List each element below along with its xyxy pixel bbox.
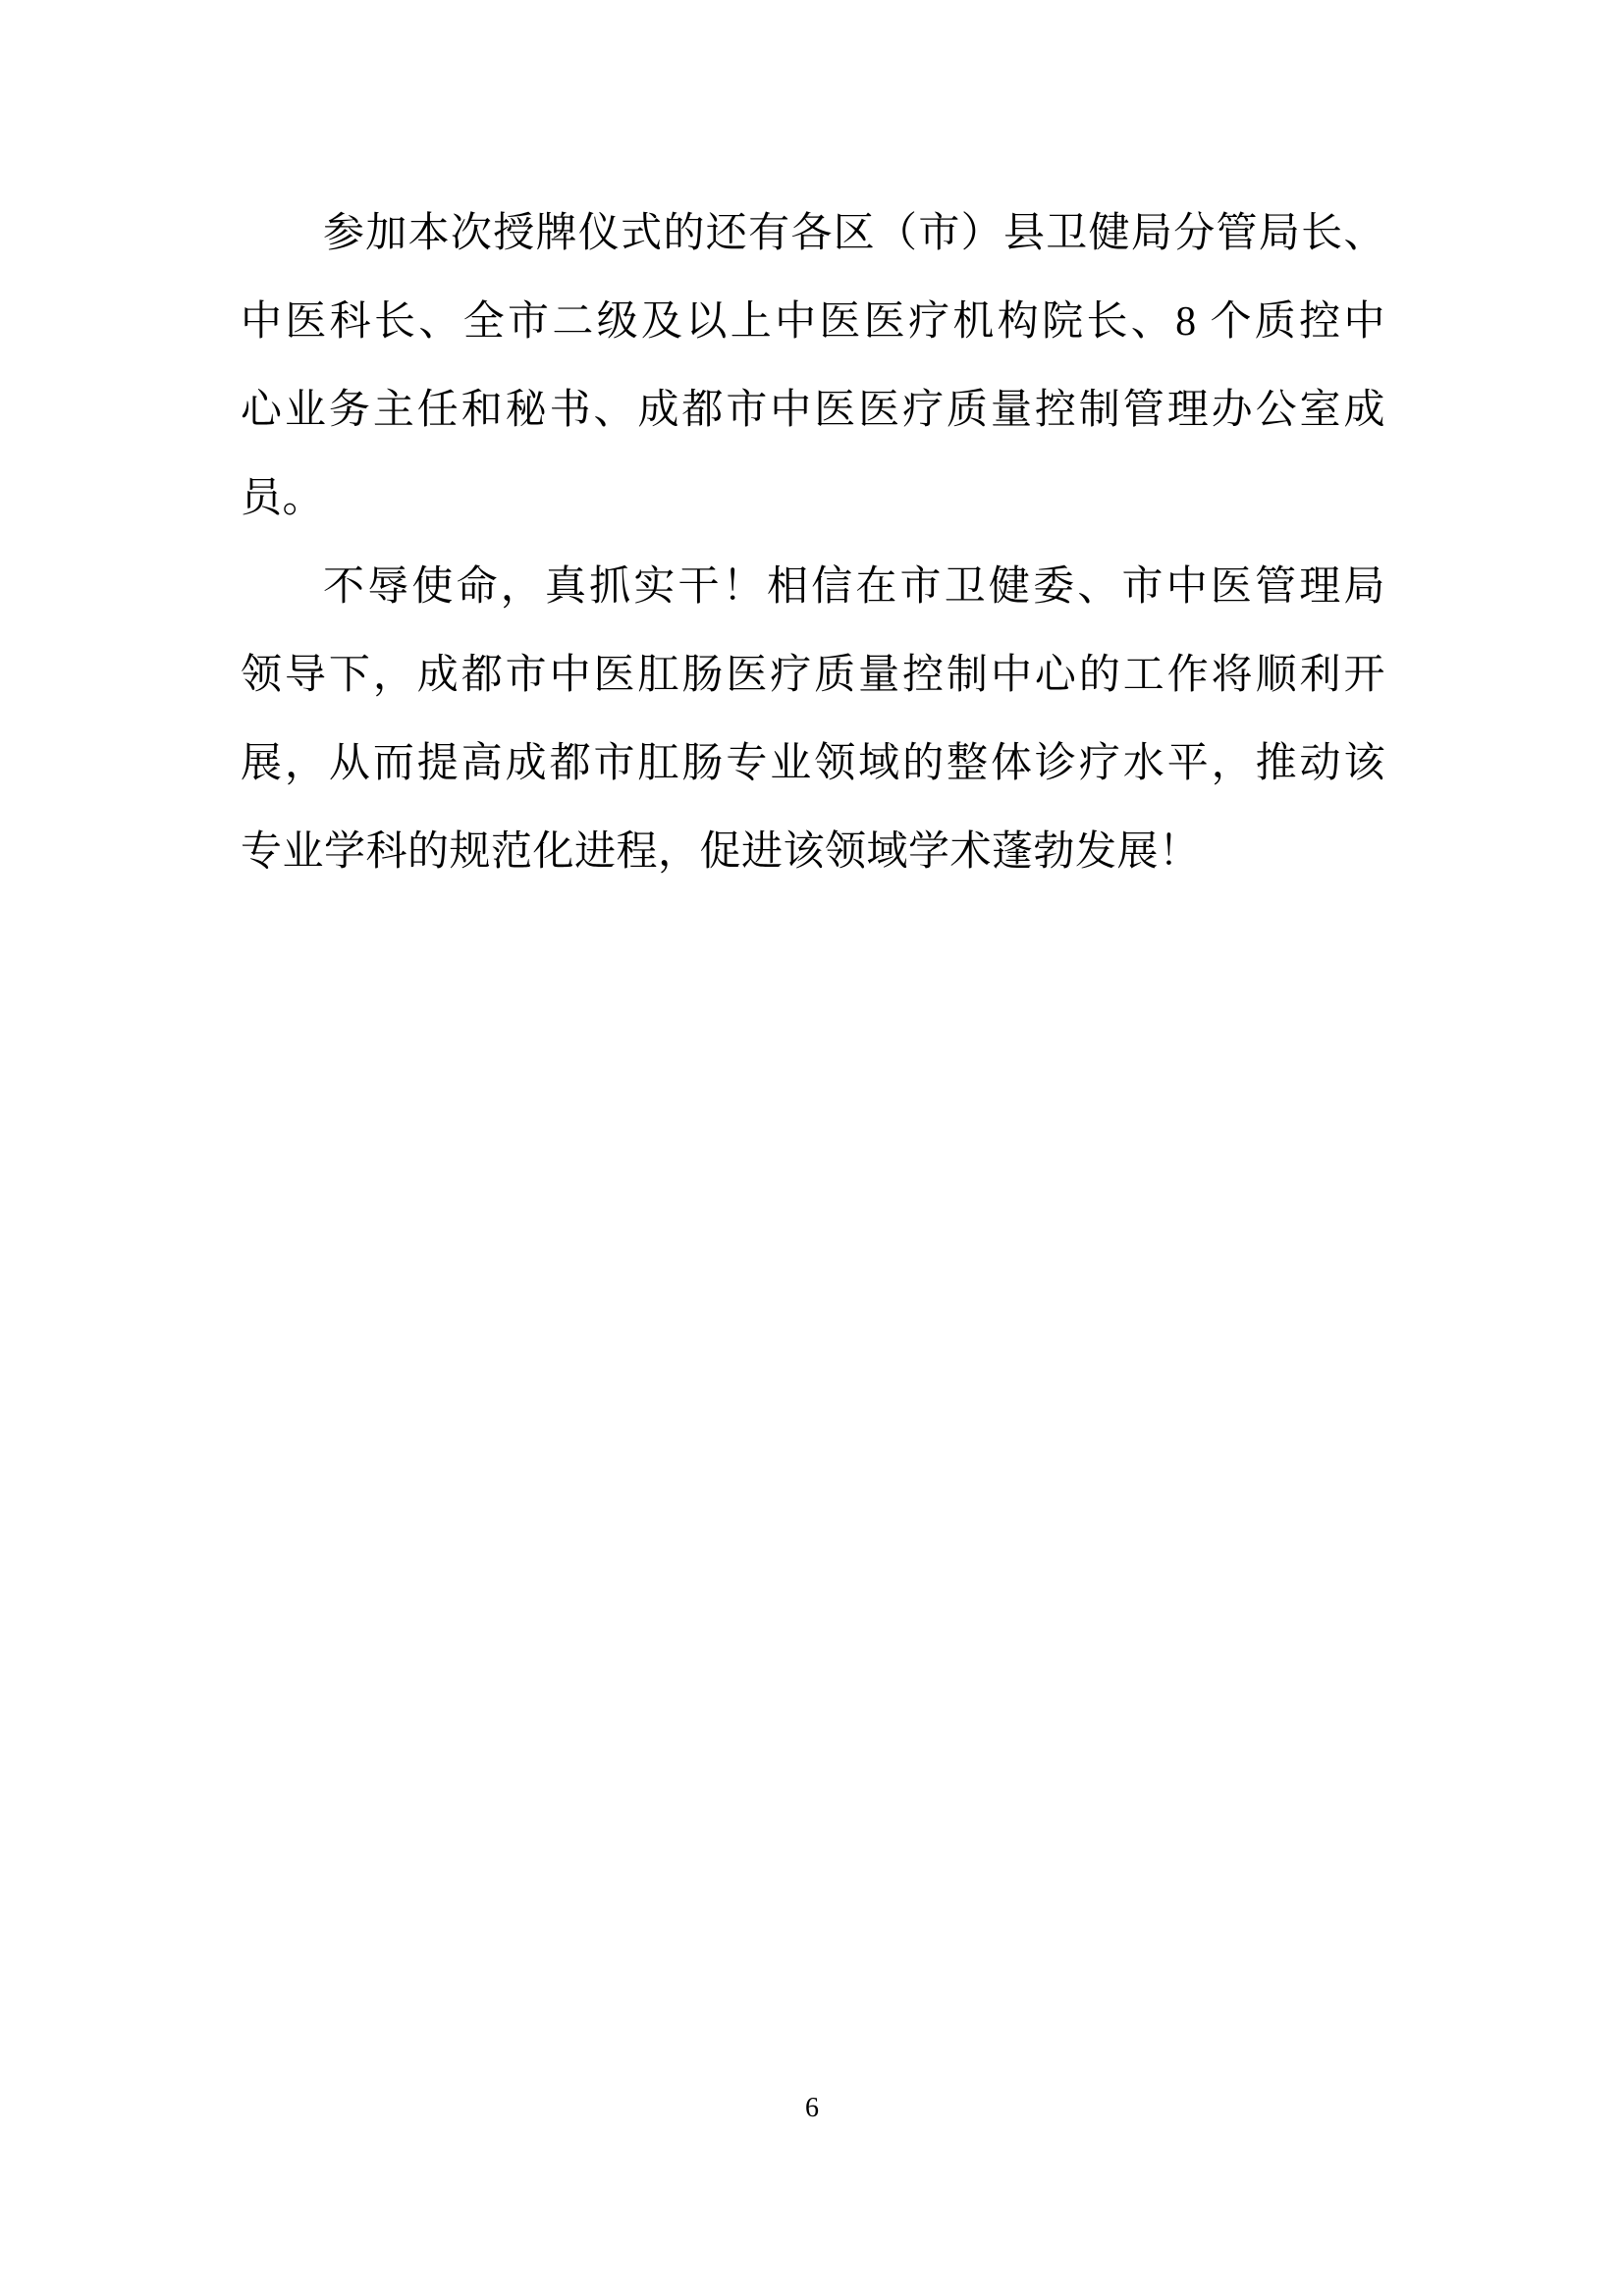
text-line: 不辱使命，真抓实干！相信在市卫健委、市中医管理局 bbox=[241, 543, 1385, 631]
text-line: 员。 bbox=[241, 454, 1385, 543]
document-body: 参加本次授牌仪式的还有各区（市）县卫健局分管局长、 中医科长、全市二级及以上中医… bbox=[241, 189, 1385, 896]
text-line: 心业务主任和秘书、成都市中医医疗质量控制管理办公室成 bbox=[241, 366, 1385, 454]
text-line: 参加本次授牌仪式的还有各区（市）县卫健局分管局长、 bbox=[241, 189, 1385, 278]
text-line: 展，从而提高成都市肛肠专业领域的整体诊疗水平，推动该 bbox=[241, 720, 1385, 808]
document-page: 参加本次授牌仪式的还有各区（市）县卫健局分管局长、 中医科长、全市二级及以上中医… bbox=[0, 0, 1624, 2296]
text-line: 专业学科的规范化进程，促进该领域学术蓬勃发展！ bbox=[241, 808, 1385, 896]
paragraph-1: 参加本次授牌仪式的还有各区（市）县卫健局分管局长、 中医科长、全市二级及以上中医… bbox=[241, 189, 1385, 543]
page-number: 6 bbox=[805, 2093, 819, 2123]
page-footer: 6 bbox=[0, 2089, 1624, 2128]
text-line: 中医科长、全市二级及以上中医医疗机构院长、8 个质控中 bbox=[241, 278, 1385, 366]
text-line: 领导下，成都市中医肛肠医疗质量控制中心的工作将顺利开 bbox=[241, 631, 1385, 720]
paragraph-2: 不辱使命，真抓实干！相信在市卫健委、市中医管理局 领导下，成都市中医肛肠医疗质量… bbox=[241, 543, 1385, 896]
